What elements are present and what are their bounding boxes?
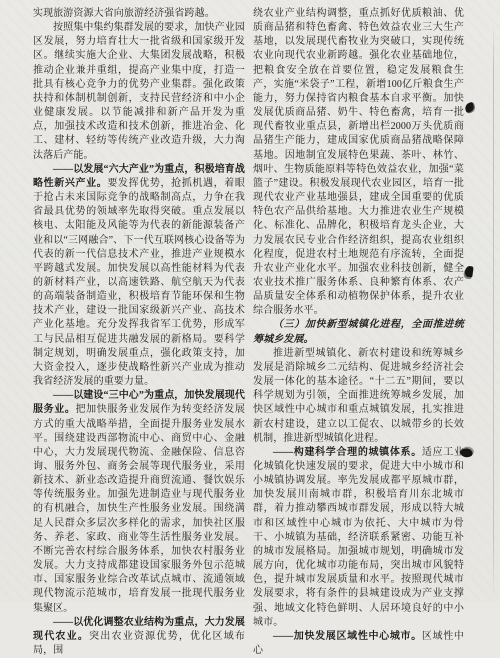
paragraph: 推进新型城镇化、新农村建设和统筹城乡发展是消除城乡二元结构、促进城乡经济社会发展… (253, 347, 464, 446)
body-text: 适应工业化城镇化快速发展的要求，促进大中小城市和小城镇协调发展。率先发展成都平原… (253, 447, 464, 602)
body-text: 按照集中集约集群发展的要求，加快产业园区发展，努力培育壮大一批省级和国家级开发区… (33, 22, 245, 160)
text-column-left: 实现旅游资源大省向旅游经济强省跨越。按照集中集约集群发展的要求，加快产业园区发展… (33, 7, 245, 602)
body-text: 要发挥优势，抢抓机遇，着眼于抢占未来国际竞争的战略制高点，力争在我省最具优势的领… (33, 178, 245, 387)
scanned-page: 实现旅游资源大省向旅游经济强省跨越。按照集中集约集群发展的要求，加快产业园区发展… (0, 0, 500, 602)
paragraph: 实现旅游资源大省向旅游经济强省跨越。 (33, 7, 245, 21)
paragraph: ——构建科学合理的城镇体系。适应工业化城镇化快速发展的要求，促进大中小城市和小城… (253, 446, 464, 602)
paragraph: 按照集中集约集群发展的要求，加快产业园区发展，努力培育壮大一批省级和国家级开发区… (33, 21, 245, 163)
paragraph: ——以建设“三中心”为重点，加快发展现代服务业。把加快服务业发展作为转变经济发展… (33, 389, 245, 602)
paragraph: 绕农业产业结构调整，重点抓好优质粮油、优质商品猪和特色畜禽、特色效益农业三大生产… (253, 7, 464, 318)
body-text: 把加快服务业发展作为转变经济发展方式的重大战略举措，全面提升服务业发展水平。围绕… (33, 404, 245, 602)
page-edge-line (493, 22, 494, 600)
ink-mark (464, 265, 473, 277)
body-text: 实现旅游资源大省向旅游经济强省跨越。 (33, 8, 215, 19)
paragraph-lead: ——构建科学合理的城镇体系。 (273, 447, 422, 458)
ink-mark (464, 102, 475, 113)
section-heading: （三）加快新型城镇化进程，全面推进统筹城乡发展。 (253, 319, 464, 344)
body-text: 推进新型城镇化、新农村建设和统筹城乡发展是消除城乡二元结构、促进城乡经济社会发展… (253, 348, 464, 444)
text-column-right: 绕农业产业结构调整，重点抓好优质粮油、优质商品猪和特色畜禽、特色效益农业三大生产… (253, 7, 464, 602)
body-text: 绕农业产业结构调整，重点抓好优质粮油、优质商品猪和特色畜禽、特色效益农业三大生产… (253, 8, 464, 316)
paragraph: ——以发展“六大产业”为重点，积极培育战略性新兴产业。要发挥优势，抢抓机遇，着眼… (33, 163, 245, 390)
paragraph: （三）加快新型城镇化进程，全面推进统筹城乡发展。 (253, 318, 464, 346)
